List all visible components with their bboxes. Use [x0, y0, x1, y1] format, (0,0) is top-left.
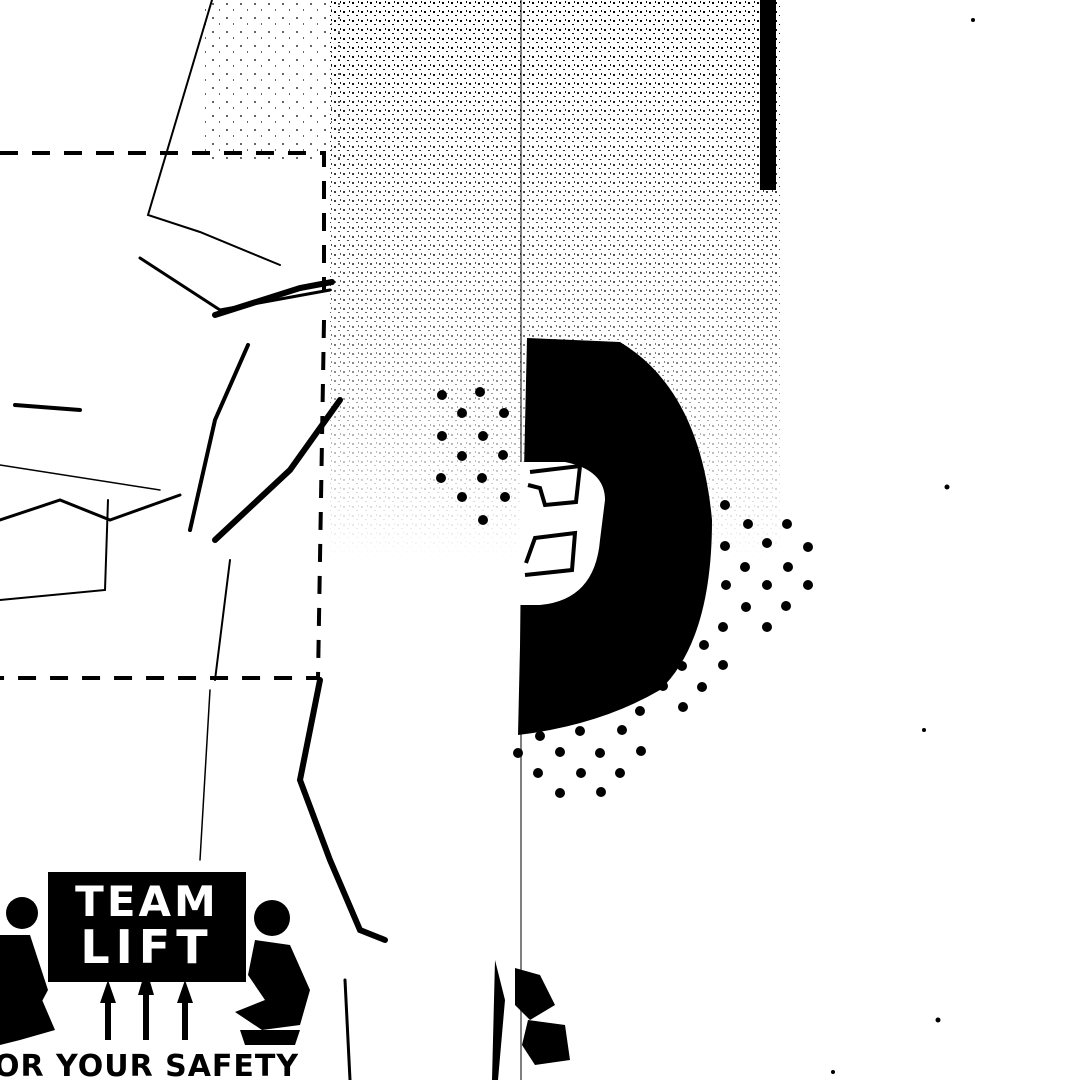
label-line1: TEAM [75, 877, 219, 926]
box-photo: TEAM LIFT OR YOUR SAFETY [0, 0, 1080, 1080]
label-caption: OR YOUR SAFETY [0, 1049, 299, 1080]
label-line2: LIFT [80, 920, 213, 974]
box-edge-shadow [760, 0, 776, 190]
